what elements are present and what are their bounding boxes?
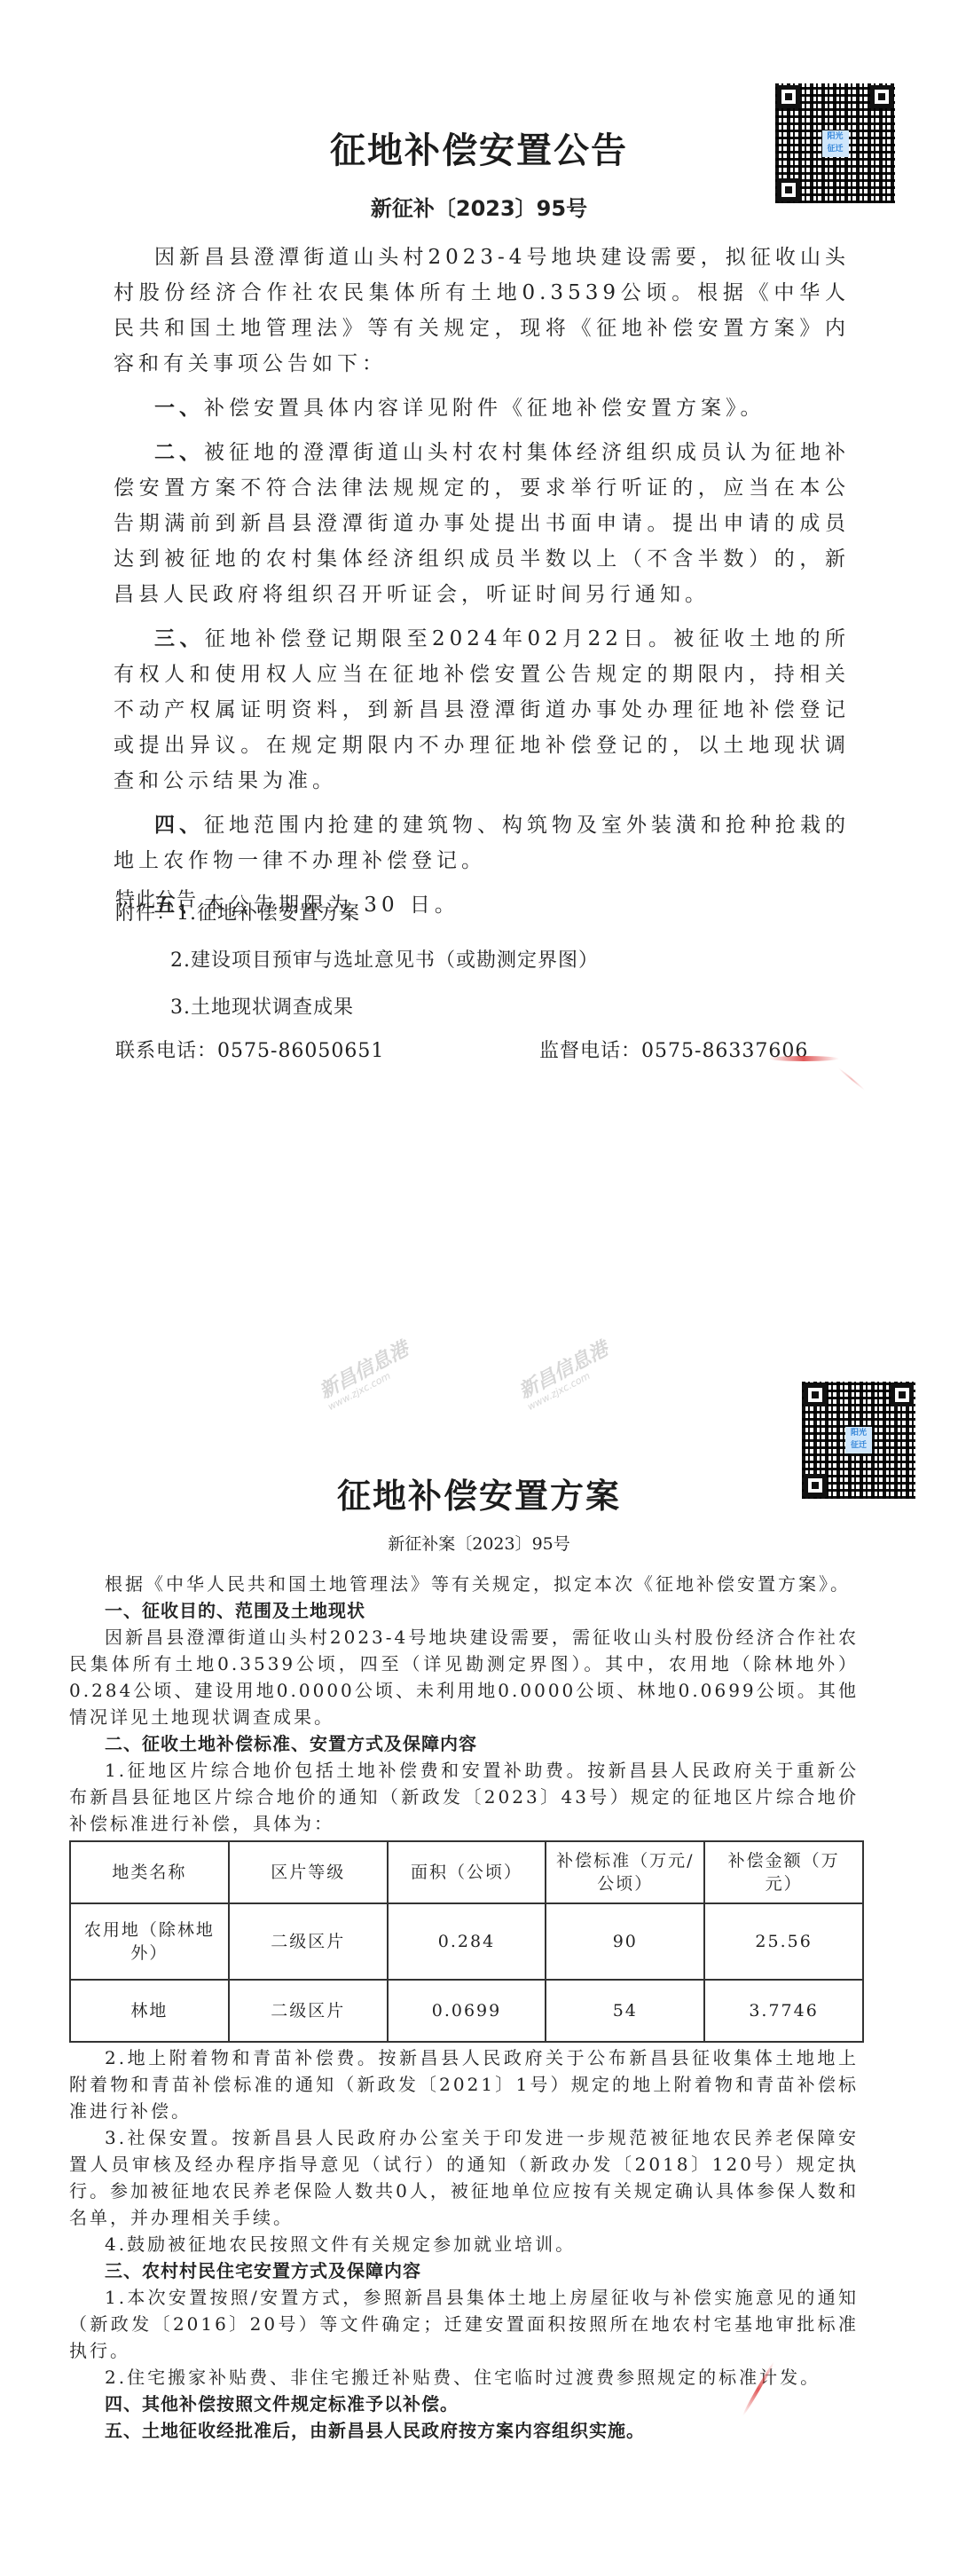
section-heading: 三、农村村民住宅安置方式及保障内容 — [69, 2257, 859, 2284]
section-heading: 二、征收土地补偿标准、安置方式及保障内容 — [69, 1730, 859, 1757]
table-cell: 0.284 — [388, 1903, 546, 1980]
supervise-phone: 监督电话：0575-86337606 — [539, 1038, 808, 1065]
table-cell: 林地 — [70, 1980, 229, 2042]
red-seal-mark — [837, 1067, 866, 1091]
column-header: 区片等级 — [229, 1841, 388, 1903]
plan-paragraph: 2.住宅搬家补贴费、非住宅搬迁补贴费、住宅临时过渡费参照规定的标准计发。 — [69, 2364, 859, 2391]
contact-phone: 联系电话：0575-86050651 — [115, 1038, 384, 1065]
table-cell: 3.7746 — [704, 1980, 863, 2042]
attachment-line-2: 2.建设项目预审与选址意见书（或勘测定界图） — [170, 948, 599, 974]
table-cell: 54 — [546, 1980, 704, 2042]
announcement-doc-number: 新征补〔2023〕95号 — [0, 191, 958, 222]
announcement-page: 阳光 征迁 征地补偿安置公告 新征补〔2023〕95号 因新昌县澄潭街道山头村2… — [0, 0, 958, 1242]
table-cell: 25.56 — [704, 1903, 863, 1980]
qr-finder — [777, 85, 800, 108]
qr-finder — [870, 85, 893, 108]
table-cell: 90 — [546, 1903, 704, 1980]
announcement-item: 一、补偿安置具体内容详见附件《征地补偿安置方案》。 — [114, 390, 850, 426]
plan-title: 征地补偿安置方案 — [0, 1469, 958, 1517]
section-heading: 四、其他补偿按照文件规定标准予以补偿。 — [69, 2391, 859, 2417]
plan-paragraph: 因新昌县澄潭街道山头村2023-4号地块建设需要，需征收山头村股份经济合作社农民… — [69, 1624, 859, 1730]
plan-intro: 根据《中华人民共和国土地管理法》等有关规定，拟定本次《征地补偿安置方案》。 — [69, 1571, 859, 1597]
column-header: 地类名称 — [70, 1841, 229, 1903]
plan-paragraph: 1.征地区片综合地价包括土地补偿费和安置补助费。按新昌县人民政府关于重新公布新昌… — [69, 1757, 859, 1837]
attachment-line-3: 3.土地现状调查成果 — [170, 995, 354, 1021]
announcement-item: 四、征地范围内抢建的建筑物、构筑物及室外装潢和抢种抢栽的地上农作物一律不办理补偿… — [114, 807, 850, 878]
qr-logo: 阳光 征迁 — [845, 1427, 872, 1453]
table-cell: 0.0699 — [388, 1980, 546, 2042]
qr-finder — [891, 1383, 914, 1406]
red-seal-mark — [768, 1056, 839, 1061]
plan-paragraph: 1.本次安置按照/安置方式，参照新昌县集体土地上房屋征收与补偿实施意见的通知（新… — [69, 2284, 859, 2364]
attachment-link[interactable]: 3.土地现状调查成果 — [170, 997, 354, 1019]
announcement-body: 因新昌县澄潭街道山头村2023-4号地块建设需要，拟征收山头村股份经济合作社农民… — [114, 240, 850, 932]
contact-phone-number[interactable]: 0575-86050651 — [217, 1040, 384, 1062]
section-heading: 一、征收目的、范围及土地现状 — [69, 1597, 859, 1624]
table-cell: 二级区片 — [229, 1980, 388, 2042]
table-row: 农用地（除林地外） 二级区片 0.284 90 25.56 — [70, 1903, 863, 1980]
table-cell: 农用地（除林地外） — [70, 1903, 229, 1980]
column-header: 面积（公顷） — [388, 1841, 546, 1903]
compensation-table: 地类名称 区片等级 面积（公顷） 补偿标准（万元/公顷） 补偿金额（万元） 农用… — [69, 1840, 864, 2043]
announcement-item: 三、征地补偿登记期限至2024年02月22日。被征收土地的所有权人和使用权人应当… — [114, 621, 850, 799]
plan-paragraph: 3.社保安置。按新昌县人民政府办公室关于印发进一步规范被征地农民养老保障安置人员… — [69, 2124, 859, 2231]
plan-doc-number: 新征补案〔2023〕95号 — [0, 1531, 958, 1555]
table-cell: 二级区片 — [229, 1903, 388, 1980]
plan-paragraph: 4.鼓励被征地农民按照文件有关规定参加就业培训。 — [69, 2231, 859, 2257]
attachment-link[interactable]: 1.征地补偿安置方案 — [177, 902, 360, 925]
plan-body: 根据《中华人民共和国土地管理法》等有关规定，拟定本次《征地补偿安置方案》。 一、… — [69, 1571, 859, 2444]
table-row: 林地 二级区片 0.0699 54 3.7746 — [70, 1980, 863, 2042]
table-header-row: 地类名称 区片等级 面积（公顷） 补偿标准（万元/公顷） 补偿金额（万元） — [70, 1841, 863, 1903]
section-heading: 五、土地征收经批准后，由新昌县人民政府按方案内容组织实施。 — [69, 2417, 859, 2444]
announcement-intro: 因新昌县澄潭街道山头村2023-4号地块建设需要，拟征收山头村股份经济合作社农民… — [114, 240, 850, 382]
plan-paragraph: 2.地上附着物和青苗补偿费。按新昌县人民政府关于公布新昌县征收集体土地地上附着物… — [69, 2044, 859, 2124]
column-header: 补偿标准（万元/公顷） — [546, 1841, 704, 1903]
attachment-line-1: 附件：1.征地补偿安置方案 — [115, 901, 360, 927]
announcement-item: 二、被征地的澄潭街道山头村农村集体经济组织成员认为征地补偿安置方案不符合法律法规… — [114, 435, 850, 612]
column-header: 补偿金额（万元） — [704, 1841, 863, 1903]
announcement-title: 征地补偿安置公告 — [0, 122, 958, 173]
attachment-link[interactable]: 2.建设项目预审与选址意见书（或勘测定界图） — [170, 949, 599, 972]
qr-finder — [804, 1383, 827, 1406]
